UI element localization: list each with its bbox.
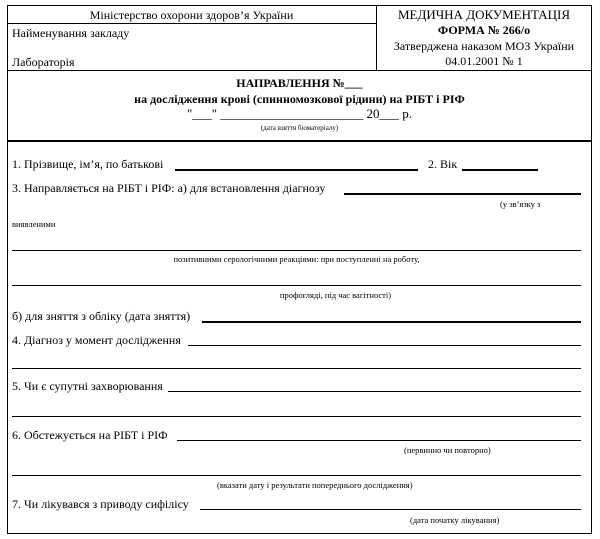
approved-date: 04.01.2001 № 1 <box>376 54 592 68</box>
ministry-underline <box>7 23 376 24</box>
full-name-label: 1. Прізвище, ім’я, по батькові <box>12 157 163 171</box>
deregistration-label: б) для зняття з обліку (дата зняття) <box>12 309 190 323</box>
deregistration-date-field[interactable] <box>203 307 580 321</box>
examination-label: 6. Обстежується на РІБТ і РІФ <box>12 428 168 442</box>
diagnosis-purpose-underline <box>344 193 581 195</box>
diagnosis-caption-3: позитивними серологічними реакціями: при… <box>12 254 581 264</box>
syphilis-treatment-field[interactable] <box>201 495 580 509</box>
comorbidities-label: 5. Чи є супутні захворювання <box>12 379 163 393</box>
deregistration-underline <box>202 321 581 323</box>
ministry-name: Міністерство охорони здоров’я України <box>7 8 376 22</box>
doc-type: МЕДИЧНА ДОКУМЕНТАЦІЯ <box>376 7 592 22</box>
age-field[interactable] <box>463 155 537 169</box>
sample-date-caption: (дата взяття біоматеріалу) <box>7 124 592 132</box>
current-diagnosis-underline <box>188 345 581 346</box>
full-name-underline <box>175 169 418 171</box>
syphilis-treatment-underline <box>200 509 581 510</box>
referral-subtitle: на дослідження крові (спинномозкової рід… <box>7 92 592 106</box>
current-diagnosis-field[interactable] <box>189 331 580 345</box>
age-underline <box>462 169 538 171</box>
diagnosis-line-3 <box>12 285 581 286</box>
examination-caption-1: (первинно чи повторно) <box>404 445 491 455</box>
full-name-field[interactable] <box>176 155 417 169</box>
comorbidities-underline <box>168 391 581 392</box>
title-bottom-line <box>7 140 592 142</box>
examination-underline <box>177 440 581 441</box>
examination-line-2 <box>12 475 581 476</box>
age-label: 2. Вік <box>428 157 457 171</box>
diagnosis-caption-1: (у зв’язку з <box>500 199 540 209</box>
examination-caption-2: (вказати дату і результати попереднього … <box>217 480 413 490</box>
comorbidities-line-2 <box>12 416 581 417</box>
diagnosis-purpose-label: 3. Направляється на РІБТ і РІФ: а) для в… <box>12 181 325 195</box>
diagnosis-line-2 <box>12 250 581 251</box>
institution-label: Найменування закладу <box>12 26 129 40</box>
current-diagnosis-label: 4. Діагноз у момент дослідження <box>12 333 181 347</box>
examination-field[interactable] <box>178 426 580 440</box>
sample-date-line: "___" ______________________ 20___ р. <box>7 106 592 121</box>
header-bottom-line <box>7 70 592 71</box>
diagnosis-caption-4: профогляді, під час вагітності) <box>90 290 581 300</box>
diagnosis-purpose-field[interactable] <box>345 179 580 193</box>
approved-by: Затверджена наказом МОЗ України <box>376 39 592 53</box>
form-number: ФОРМА № 266/о <box>376 23 592 37</box>
comorbidities-field[interactable] <box>169 377 580 391</box>
syphilis-treatment-label: 7. Чи лікувався з приводу сифілісу <box>12 497 189 511</box>
syphilis-treatment-caption: (дата початку лікування) <box>410 515 499 525</box>
referral-title: НАПРАВЛЕННЯ №___ <box>7 76 592 90</box>
diagnosis-caption-2: виявленими <box>12 219 55 229</box>
current-diagnosis-line-2 <box>12 368 581 369</box>
laboratory-label: Лабораторія <box>12 55 75 69</box>
